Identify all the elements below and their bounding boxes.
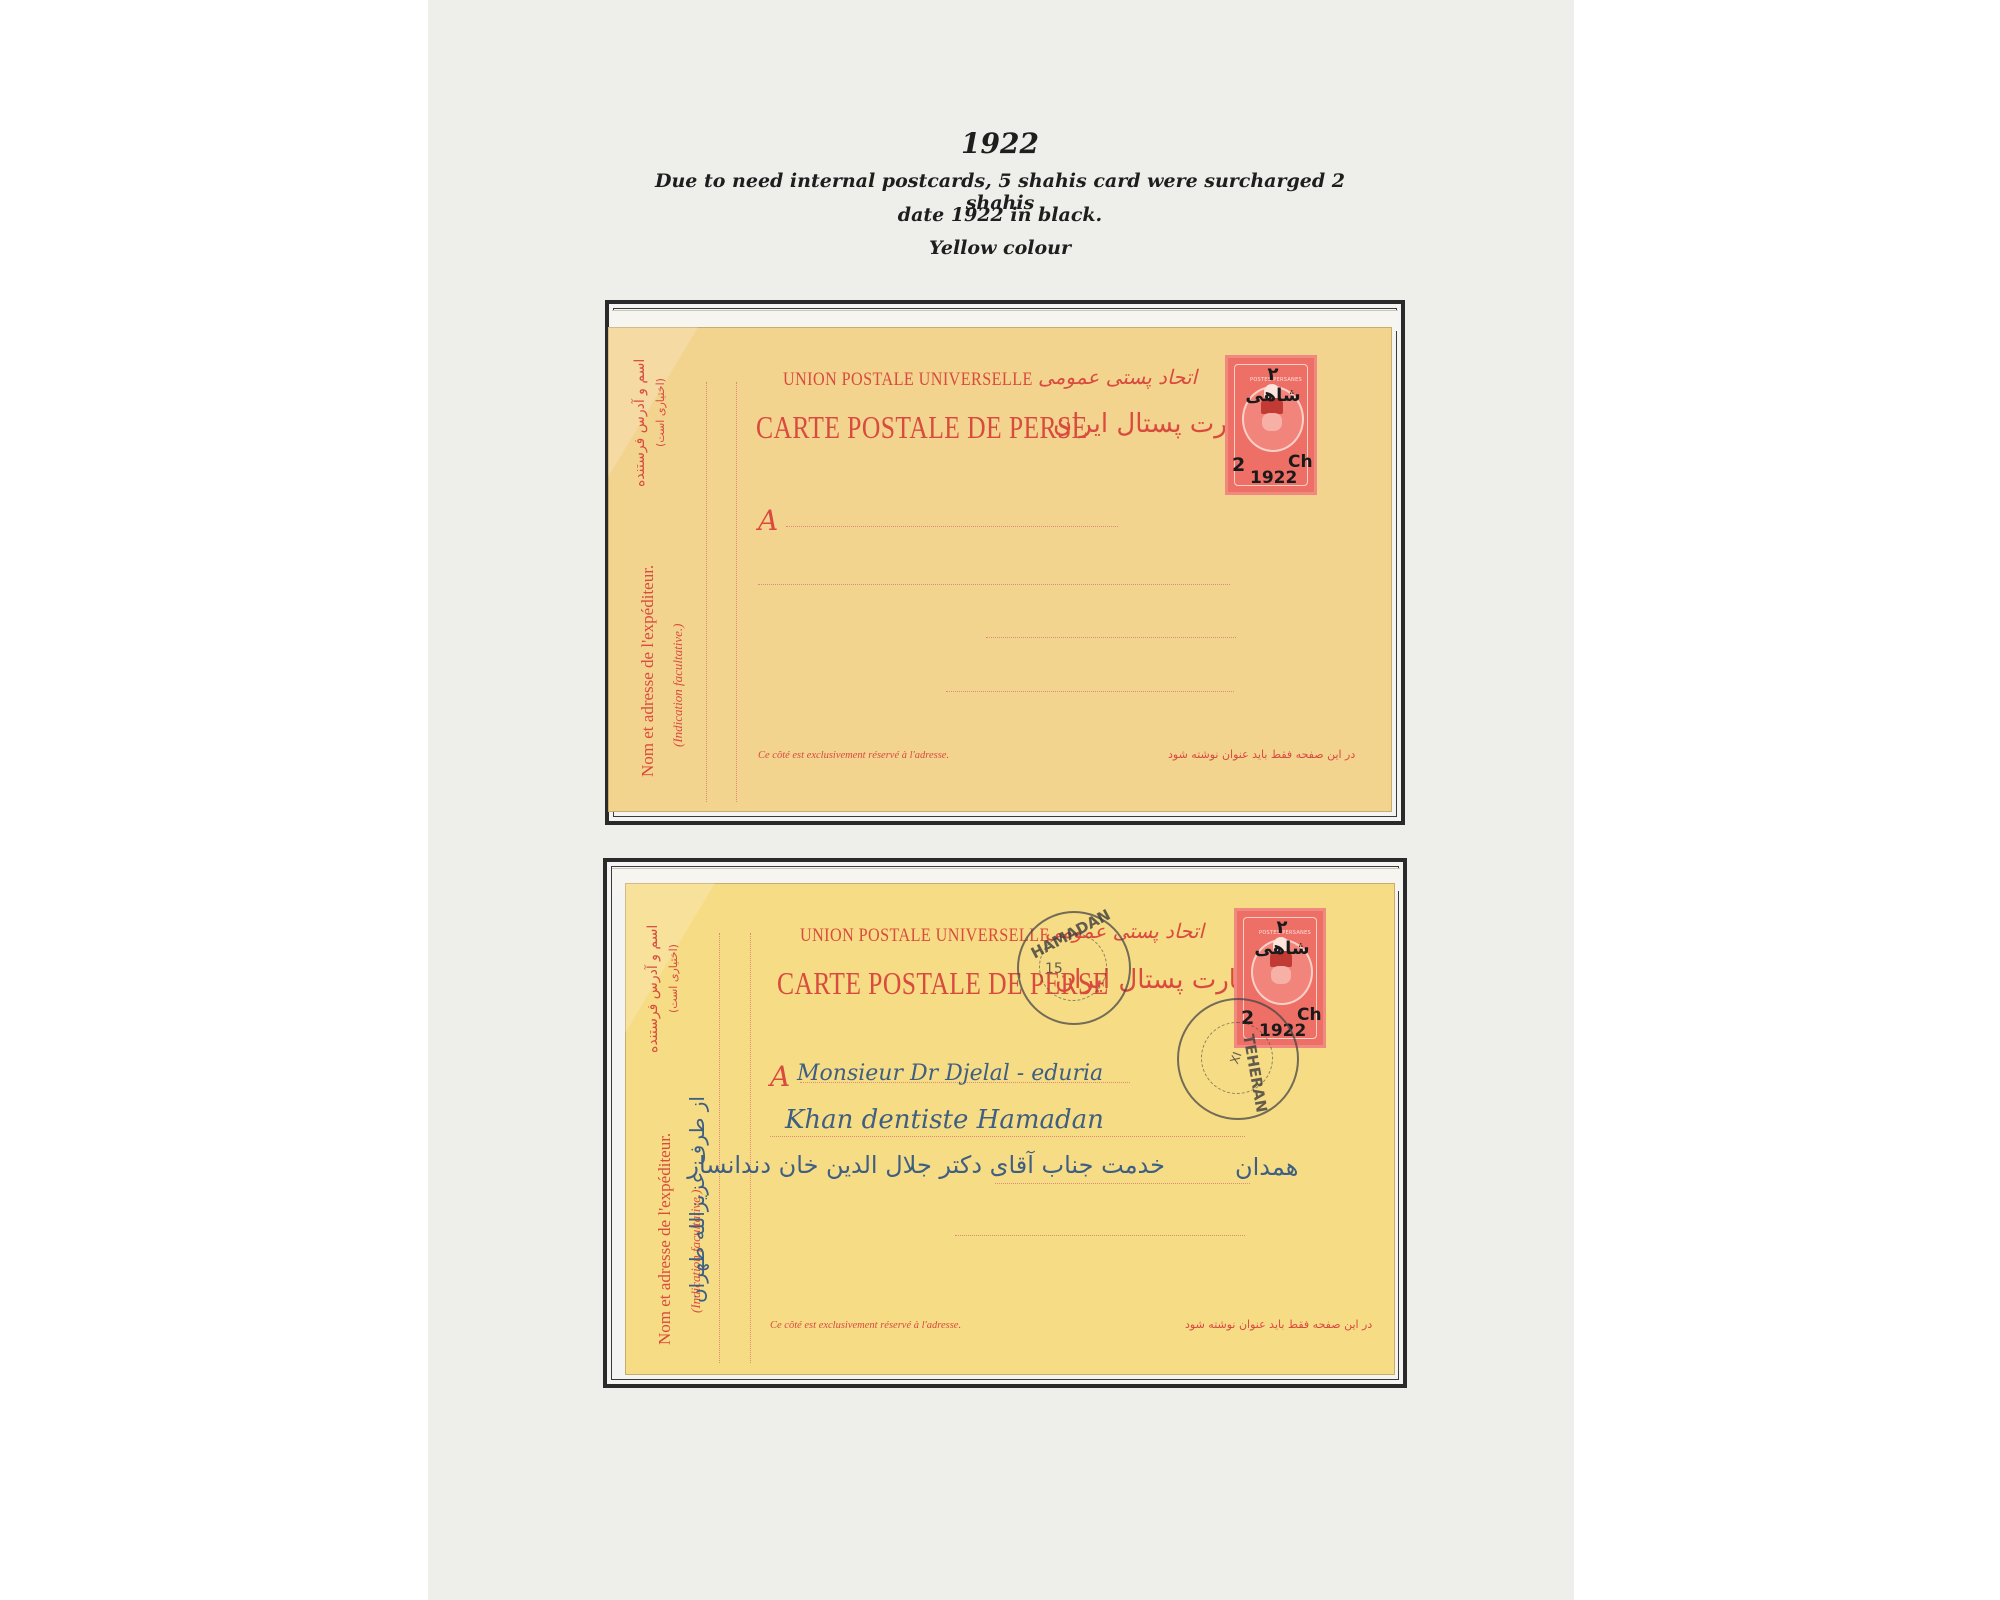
- sender-column-divider: [719, 933, 720, 1363]
- address-line[interactable]: [758, 584, 1230, 585]
- card-title: CARTE POSTALE DE PERSE: [756, 409, 1088, 446]
- sender-note-persian: (اختیاری است): [654, 378, 667, 447]
- overprint-persian: ۲ شاهی: [1247, 917, 1317, 959]
- overprint-persian: ۲ شاهی: [1238, 364, 1308, 406]
- postcard-used: اسم و آدرس فرستنده (اختیاری است) Nom et …: [625, 883, 1395, 1375]
- handwritten-address-line-2: Khan dentiste Hamadan: [785, 1105, 1104, 1135]
- union-postale-persian: اتحاد پستی عمومی: [1038, 365, 1197, 389]
- sender-column-divider: [750, 933, 751, 1363]
- page-year-heading: 1922: [620, 127, 1380, 160]
- footer-persian: در این صفحه فقط باید عنوان نوشته شود: [1185, 1318, 1372, 1331]
- handwritten-address-line-1: Monsieur Dr Djelal - eduria: [797, 1061, 1103, 1086]
- address-line: [995, 1183, 1250, 1184]
- address-prefix: A: [758, 504, 778, 537]
- address-line[interactable]: [946, 691, 1234, 692]
- overprint-value: 2: [1232, 454, 1245, 476]
- sender-column-divider: [736, 382, 737, 802]
- imprinted-stamp: POSTES PERSANES ۲ شاهی 2 Ch 1922: [1225, 355, 1317, 495]
- footer-persian: در این صفحه فقط باید عنوان نوشته شود: [1168, 748, 1355, 761]
- handwritten-persian-address: خدمت جناب آقای دکتر جلال الدین خان دندان…: [745, 1151, 1165, 1179]
- sender-label-persian: اسم و آدرس فرستنده: [645, 925, 661, 1053]
- handwritten-city-persian: همدان: [1235, 1153, 1298, 1181]
- sender-label: Nom et adresse de l'expéditeur.: [638, 565, 658, 777]
- sender-note-persian: (اختیاری است): [667, 944, 680, 1013]
- postmark-date: 15: [1045, 961, 1063, 977]
- overprint-year: 1922: [1250, 468, 1297, 488]
- address-line: [770, 1136, 1245, 1137]
- footer-french: Ce côté est exclusivement réservé à l'ad…: [758, 750, 949, 761]
- union-postale-text: UNION POSTALE UNIVERSELLE: [800, 925, 1050, 947]
- address-line: [955, 1235, 1245, 1236]
- sender-note: (Indication facultative.): [670, 624, 686, 747]
- page-description-line-2: date 1922 in black.: [620, 204, 1380, 226]
- address-line[interactable]: [986, 637, 1236, 638]
- mount-corner: [608, 327, 698, 477]
- page-description-line-3: Yellow colour: [620, 237, 1380, 259]
- handwritten-sender-persian: از طرف عزیزالله طهران: [685, 1096, 709, 1303]
- sender-column-divider: [706, 382, 707, 802]
- footer-french: Ce côté est exclusivement réservé à l'ad…: [770, 1320, 961, 1331]
- sender-label-persian: اسم و آدرس فرستنده: [632, 359, 648, 487]
- address-prefix: A: [770, 1060, 790, 1093]
- address-line[interactable]: [786, 526, 1118, 527]
- card-title-persian: کارت پستال ایران: [1053, 409, 1247, 439]
- sender-label: Nom et adresse de l'expéditeur.: [655, 1133, 675, 1345]
- postcard-unused: اسم و آدرس فرستنده (اختیاری است) Nom et …: [608, 327, 1392, 812]
- union-postale-text: UNION POSTALE UNIVERSELLE: [783, 369, 1033, 391]
